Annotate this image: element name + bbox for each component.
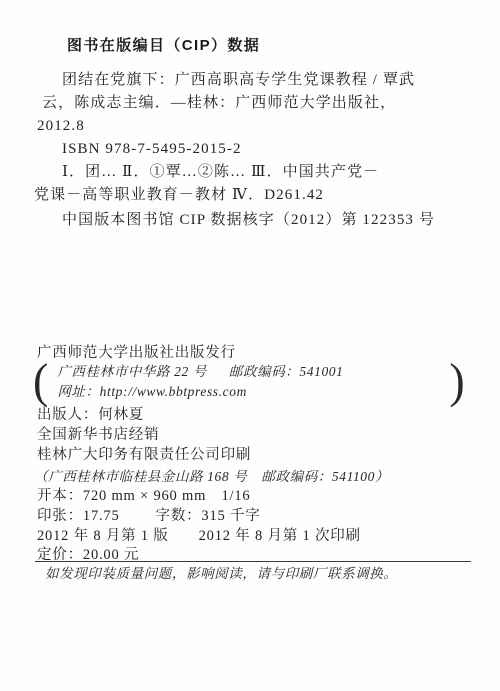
cip-record-number: 中国版本图书馆 CIP 数据核字（2012）第 122353 号 [62,212,435,228]
publisher-address-group: ( 广西桂林市中华路 22 号邮政编码：541001 网址：http://www… [33,361,465,401]
publisher-person: 出版人：何林夏 [37,408,144,423]
sheets-words-line: 印张：17.75字数：315 千字 [37,509,261,524]
publisher-line: 广西师范大学出版社出版发行 [37,346,236,361]
publisher-website: 网址：http://www.bbtpress.com [57,384,449,399]
word-count-value: 字数：315 千字 [156,508,261,524]
edition-line: 2012 年 8 月第 1 版2012 年 8 月第 1 次印刷 [37,529,361,544]
cip-description-line3: 2012.8 [37,118,85,134]
sheets-value: 印张：17.75 [37,508,120,524]
publisher-address: 广西桂林市中华路 22 号 [57,364,207,379]
publisher-address-line: 广西桂林市中华路 22 号邮政编码：541001 [57,364,449,379]
impression-value: 2012 年 8 月第 1 次印刷 [199,528,361,544]
quality-notice: 如发现印装质量问题，影响阅读，请与印刷厂联系调换。 [45,566,398,581]
printer-address: （广西桂林市临桂县金山路 168 号 邮政编码：541100） [34,469,389,484]
open-paren-glyph: ( [33,360,48,402]
format-line: 开本：720 mm × 960 mm 1/16 [37,489,250,504]
distributor-line: 全国新华书店经销 [37,428,159,443]
close-paren-glyph: ) [449,360,464,402]
publisher-address-lines: 广西桂林市中华路 22 号邮政编码：541001 网址：http://www.b… [48,364,449,399]
cip-description-line1: 团结在党旗下：广西高职高专学生党课教程 / 覃武 [62,72,415,88]
cip-header: 图书在版编目（CIP）数据 [67,38,260,53]
cip-classification-line2: 党课－高等职业教育－教材 Ⅳ．D261.42 [34,187,324,203]
isbn-number: ISBN 978-7-5495-2015-2 [62,141,242,157]
printer-line: 桂林广大印务有限责任公司印刷 [37,448,251,463]
publisher-postcode: 邮政编码：541001 [229,364,344,379]
edition-value: 2012 年 8 月第 1 版 [37,528,169,544]
cip-classification-line1: Ⅰ．团… Ⅱ．①覃…②陈… Ⅲ．中国共产党－ [62,164,379,180]
cip-data-page: 图书在版编目（CIP）数据 团结在党旗下：广西高职高专学生党课教程 / 覃武 云… [0,0,500,691]
notice-divider-rule [35,561,471,562]
cip-description-line2: 云，陈成志主编．—桂林：广西师范大学出版社， [42,95,396,111]
